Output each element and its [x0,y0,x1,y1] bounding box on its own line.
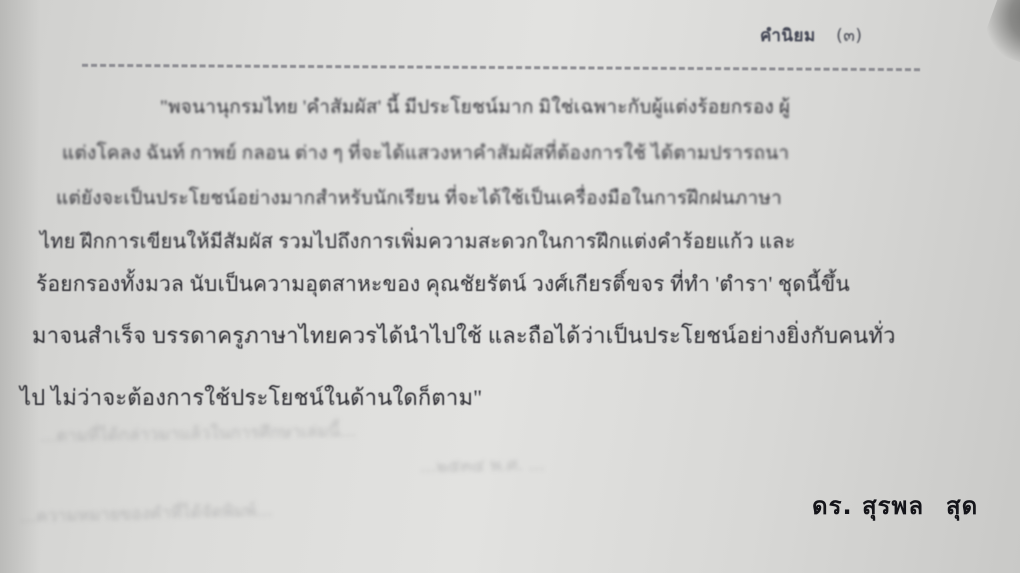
author-first-name: สุรพล [862,492,924,520]
preface-line-4: ไทย ฝึกการเขียนให้มีสัมผัส รวมไปถึงการเพ… [40,225,796,257]
preface-line-1: "พจนานุกรมไทย 'คำสัมผัส' นี้ มีประโยชน์ม… [160,92,790,122]
preface-line-5: ร้อยกรองทั้งมวล นับเป็นความอุตสาหะของ คุ… [36,268,850,301]
author-signature: ดร. สุรพลสุด [812,486,978,525]
preface-line-2: แต่งโคลง ฉันท์ กาพย์ กลอน ต่าง ๆ ที่จะได… [62,138,789,168]
preface-line-6: มาจนสำเร็จ บรรดาครูภาษาไทยควรได้นำไปใช้ … [32,318,896,353]
preface-line-3: แต่ยังจะเป็นประโยชน์อย่างมากสำหรับนักเรี… [56,183,782,213]
book-page-photo: คำนิยม (๓) ...ตามที่ได้กล่าวมาแล้วในการศ… [0,0,1020,573]
author-title: ดร. [812,492,853,520]
author-last-name: สุด [946,492,978,520]
preface-line-7: ไป ไม่ว่าจะต้องการใช้ประโยชน์ในด้านใดก็ต… [20,380,482,415]
